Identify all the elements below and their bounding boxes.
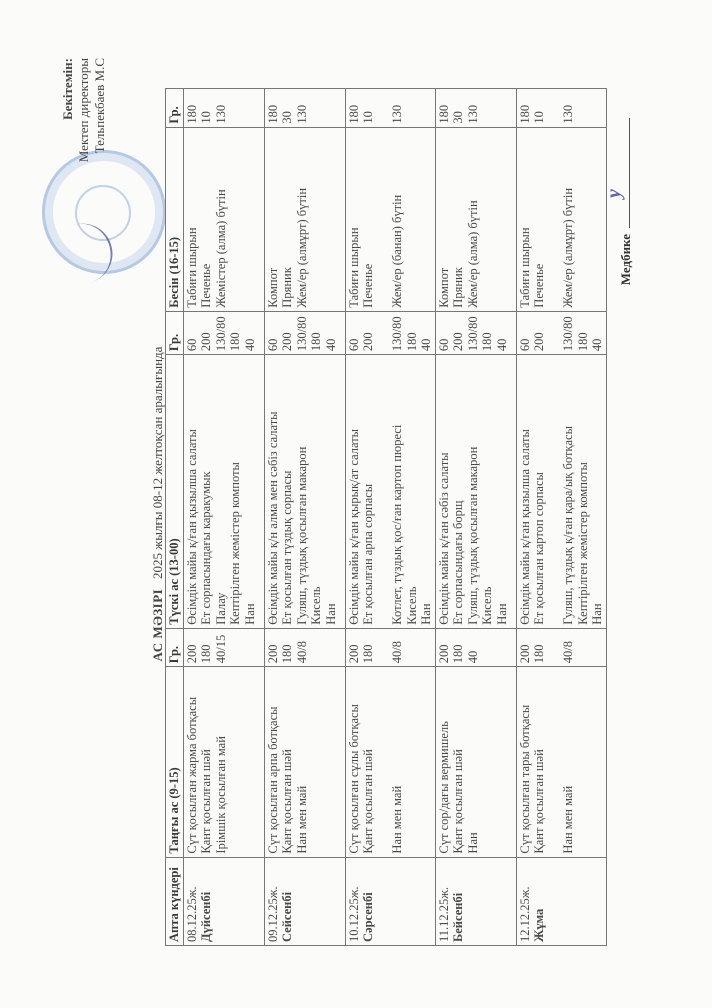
day-date: 08.12.25ж.: [185, 861, 200, 942]
gram-value: 200: [361, 315, 376, 351]
dish-item: Сүт қосылған арпа ботқасы: [266, 670, 281, 853]
gram-value: 60: [347, 315, 362, 351]
gram-value: [547, 315, 562, 351]
nurse-signature-block: Медбике: [615, 118, 634, 285]
dish-item: Печенье: [199, 131, 214, 308]
snack-grams-cell: 18030130: [264, 89, 345, 128]
dish-item: Печенье: [532, 131, 547, 308]
gram-value: 40/8: [561, 632, 576, 663]
day-cell: 09.12.25ж.Сейсенбі: [264, 857, 345, 945]
nurse-label: Медбике: [618, 234, 633, 285]
weekly-menu-table: Апта күндері Таңғы ас (9-15) Гр. Түскі а…: [165, 88, 607, 946]
dish-item: Жем/ер (алмұрт) бүтін: [295, 131, 310, 308]
gram-value: 130: [561, 92, 576, 124]
dish-item: Печенье: [361, 131, 376, 308]
dish-item: Табиғи шырын: [185, 131, 200, 308]
day-date: 11.12.25ж.: [437, 861, 452, 942]
breakfast-items-cell: Сүт қосылған тары ботқасыҚант қосылған ш…: [516, 667, 606, 857]
breakfast-items-cell: Сүт сор/дағы вермишельҚант қосылған шәйН…: [435, 667, 516, 857]
gram-value: 60: [518, 315, 533, 351]
dish-item: [547, 670, 562, 853]
gram-value: 200: [518, 632, 533, 663]
gram-value: 180: [309, 315, 324, 351]
gram-value: 130: [466, 92, 481, 124]
gram-value: 40/15: [214, 632, 229, 663]
dish-item: [547, 131, 562, 308]
gram-value: [376, 315, 391, 351]
breakfast-grams-cell: 20018040/8: [264, 628, 345, 666]
dish-item: Кисель: [309, 358, 324, 625]
dish-item: Гуляш, түздық қосылған макарон: [466, 358, 481, 625]
gram-value: 130/80: [214, 315, 229, 351]
dish-item: Гуляш, түздық қосылған макарон: [295, 358, 310, 625]
header-breakfast: Таңғы ас (9-15): [166, 667, 184, 857]
breakfast-grams-cell: 20018040/8: [516, 628, 606, 666]
gram-value: 180: [480, 315, 495, 351]
dish-item: Нан: [324, 358, 339, 625]
lunch-items-cell: Өсімдік майы қ/ған сәбіз салатыЕт сорпас…: [435, 355, 516, 629]
table-row: 08.12.25ж.ДүйсенбіСүт қосылған жарма бот…: [183, 89, 264, 946]
gram-value: 180: [576, 315, 591, 351]
approval-name: Тельпекбаев М.С: [92, 58, 108, 162]
gram-value: 60: [266, 315, 281, 351]
day-name: Сейсенбі: [280, 861, 295, 942]
dish-item: Табиғи шырын: [347, 131, 362, 308]
gram-value: 10: [532, 92, 547, 124]
dish-item: Қант қосылған шәй: [199, 670, 214, 853]
dish-item: Нан: [590, 358, 605, 625]
dish-item: Нан: [243, 358, 258, 625]
dish-item: Қант қосылған шәй: [361, 670, 376, 853]
header-lunch: Түскі ас (13-00): [166, 355, 184, 629]
approval-block: Бекітемін: Мектеп директоры Тельпекбаев …: [60, 58, 108, 162]
gram-value: [376, 92, 391, 124]
document-title: АС МӘЗІРІ 2025 жылғы 08-12 желтоқсан ара…: [150, 0, 166, 1008]
table-header-row: Апта күндері Таңғы ас (9-15) Гр. Түскі а…: [166, 89, 184, 946]
dish-item: Жем/ер (алма) бүтін: [466, 131, 481, 308]
day-name: Бейсенбі: [451, 861, 466, 942]
gram-value: 200: [451, 315, 466, 351]
gram-value: 200: [437, 632, 452, 663]
dish-item: [547, 358, 562, 625]
dish-item: Өсімдік майы қ/ған қырық/ат салаты: [347, 358, 362, 625]
day-date: 09.12.25ж.: [266, 861, 281, 942]
lunch-items-cell: Өсімдік майы қ/ған қызылша салатыЕт сорп…: [183, 355, 264, 629]
dish-item: Нан: [419, 358, 434, 625]
gram-value: 180: [405, 315, 420, 351]
gram-value: 10: [361, 92, 376, 124]
breakfast-grams-cell: 20018040/8: [345, 628, 435, 666]
dish-item: Өсімдік майы қ/н алма мен сәбіз салаты: [266, 358, 281, 625]
snack-grams-cell: 18010130: [345, 89, 435, 128]
table-row: 12.12.25ж.ЖұмаСүт қосылған тары ботқасыҚ…: [516, 89, 606, 946]
day-cell: 11.12.25ж.Бейсенбі: [435, 857, 516, 945]
header-snack: Бесін (16-15): [166, 127, 184, 311]
dish-item: Сүт қосылған тары ботқасы: [518, 670, 533, 853]
day-cell: 12.12.25ж.Жұма: [516, 857, 606, 945]
gram-value: 10: [199, 92, 214, 124]
gram-value: 180: [228, 315, 243, 351]
lunch-grams-cell: 60200130/8018040: [264, 311, 345, 354]
dish-item: Палау: [214, 358, 229, 625]
dish-item: Өсімдік майы қ/ған қызылша салаты: [185, 358, 200, 625]
gram-value: [376, 632, 391, 663]
dish-item: Өсімдік майы қ/ған қызылша салаты: [518, 358, 533, 625]
gram-value: 200: [280, 315, 295, 351]
dish-item: Кисель: [480, 358, 495, 625]
dish-item: Кисель: [405, 358, 420, 625]
lunch-grams-cell: 60200130/8018040: [516, 311, 606, 354]
dish-item: Компот: [437, 131, 452, 308]
table-row: 11.12.25ж.БейсенбіСүт сор/дағы вермишель…: [435, 89, 516, 946]
gram-value: 130: [214, 92, 229, 124]
breakfast-grams-cell: 20018040/15: [183, 628, 264, 666]
dish-item: Сүт қосылған жарма ботқасы: [185, 670, 200, 853]
lunch-items-cell: Өсімдік майы қ/ған қызылша салатыЕт қосы…: [516, 355, 606, 629]
breakfast-items-cell: Сүт қосылған сұлы ботқасыҚант қосылған ш…: [345, 667, 435, 857]
dish-item: Кептірілген жемістер компоты: [228, 358, 243, 625]
gram-value: 40: [243, 315, 258, 351]
gram-value: 180: [199, 632, 214, 663]
snack-grams-cell: 18010130: [183, 89, 264, 128]
table-row: 09.12.25ж.СейсенбіСүт қосылған арпа ботқ…: [264, 89, 345, 946]
dish-item: Жем/ер (банан) бүтін: [390, 131, 405, 308]
gram-value: 30: [451, 92, 466, 124]
day-name: Сәрсенбі: [361, 861, 376, 942]
gram-value: 130/80: [295, 315, 310, 351]
dish-item: Гуляш, түздық қ/ған қара/ық ботқасы: [561, 358, 576, 625]
gram-value: 60: [437, 315, 452, 351]
approval-position: Мектеп директоры: [76, 58, 92, 162]
lunch-items-cell: Өсімдік майы қ/ған қырық/ат салатыЕт қос…: [345, 355, 435, 629]
dish-item: Табиғи шырын: [518, 131, 533, 308]
dish-item: Жем/ер (алмұрт) бүтін: [561, 131, 576, 308]
dish-item: Нан: [495, 358, 510, 625]
gram-value: 130/80: [466, 315, 481, 351]
dish-item: Ірімшік қосылған май: [214, 670, 229, 853]
dish-item: Қант қосылған шәй: [532, 670, 547, 853]
dish-item: Котлет, түздық қос/ған картоп пюресі: [390, 358, 405, 625]
gram-value: 40/8: [295, 632, 310, 663]
gram-value: 40/8: [390, 632, 405, 663]
day-name: Жұма: [532, 861, 547, 942]
breakfast-items-cell: Сүт қосылған арпа ботқасыҚант қосылған ш…: [264, 667, 345, 857]
gram-value: 40: [466, 632, 481, 663]
header-grams: Гр.: [166, 89, 184, 128]
lunch-items-cell: Өсімдік майы қ/н алма мен сәбіз салатыЕт…: [264, 355, 345, 629]
gram-value: 200: [532, 315, 547, 351]
gram-value: 130/80: [561, 315, 576, 351]
day-date: 12.12.25ж.: [518, 861, 533, 942]
dish-item: Жемістер (алма) бүтін: [214, 131, 229, 308]
lunch-grams-cell: 60200130/8018040: [435, 311, 516, 354]
dish-item: [376, 670, 391, 853]
breakfast-grams-cell: 20018040: [435, 628, 516, 666]
day-cell: 08.12.25ж.Дүйсенбі: [183, 857, 264, 945]
header-grams: Гр.: [166, 628, 184, 666]
dish-item: Пряник: [451, 131, 466, 308]
gram-value: 40: [324, 315, 339, 351]
gram-value: 130/80: [390, 315, 405, 351]
snack-items-cell: Табиғи шырынПеченьеЖемістер (алма) бүтін: [183, 127, 264, 311]
gram-value: 180: [280, 632, 295, 663]
snack-items-cell: Табиғи шырынПеченьеЖем/ер (банан) бүтін: [345, 127, 435, 311]
snack-items-cell: КомпотПряникЖем/ер (алмұрт) бүтін: [264, 127, 345, 311]
approval-label: Бекітемін:: [60, 58, 76, 162]
header-grams: Гр.: [166, 311, 184, 354]
lunch-grams-cell: 60200130/8018040: [183, 311, 264, 354]
gram-value: 180: [185, 92, 200, 124]
dish-item: Ет сорпасындағы каракумык: [199, 358, 214, 625]
header-day: Апта күндері: [166, 857, 184, 945]
dish-item: [376, 358, 391, 625]
lunch-grams-cell: 60200130/8018040: [345, 311, 435, 354]
gram-value: 40: [419, 315, 434, 351]
dish-item: Нан: [466, 670, 481, 853]
dish-item: Нан мен май: [390, 670, 405, 853]
gram-value: 180: [451, 632, 466, 663]
gram-value: 200: [185, 632, 200, 663]
gram-value: 130: [295, 92, 310, 124]
gram-value: 200: [266, 632, 281, 663]
gram-value: [547, 92, 562, 124]
dish-item: Кептірілген жемістер компоты: [576, 358, 591, 625]
dish-item: Нан мен май: [295, 670, 310, 853]
menu-document-page: Бекітемін: Мектеп директоры Тельпекбаев …: [0, 0, 712, 1008]
dish-item: Ет қосылған түздық сорпасы: [280, 358, 295, 625]
dish-item: Қант қосылған шәй: [280, 670, 295, 853]
dish-item: Қант қосылған шәй: [451, 670, 466, 853]
table-row: 10.12.25ж.СәрсенбіСүт қосылған сұлы ботқ…: [345, 89, 435, 946]
dish-item: [376, 131, 391, 308]
gram-value: 200: [347, 632, 362, 663]
gram-value: 200: [199, 315, 214, 351]
gram-value: 130: [390, 92, 405, 124]
dish-item: Ет сорпасындағы борщ: [451, 358, 466, 625]
snack-items-cell: КомпотПряникЖем/ер (алма) бүтін: [435, 127, 516, 311]
gram-value: 180: [361, 632, 376, 663]
snack-grams-cell: 18030130: [435, 89, 516, 128]
dish-item: Өсімдік майы қ/ған сәбіз салаты: [437, 358, 452, 625]
title-main: АС МӘЗІРІ: [150, 589, 165, 662]
dish-item: Компот: [266, 131, 281, 308]
nurse-signature-line: [615, 118, 630, 228]
gram-value: 30: [280, 92, 295, 124]
day-date: 10.12.25ж.: [347, 861, 362, 942]
snack-items-cell: Табиғи шырынПеченьеЖем/ер (алмұрт) бүтін: [516, 127, 606, 311]
dish-item: Ет қосылған арпа сорпасы: [361, 358, 376, 625]
gram-value: 40: [495, 315, 510, 351]
gram-value: 40: [590, 315, 605, 351]
dish-item: Нан мен май: [561, 670, 576, 853]
snack-grams-cell: 18010130: [516, 89, 606, 128]
gram-value: 180: [532, 632, 547, 663]
gram-value: 180: [518, 92, 533, 124]
gram-value: 180: [266, 92, 281, 124]
gram-value: [547, 632, 562, 663]
gram-value: 180: [437, 92, 452, 124]
gram-value: 60: [185, 315, 200, 351]
day-cell: 10.12.25ж.Сәрсенбі: [345, 857, 435, 945]
dish-item: Сүт қосылған сұлы ботқасы: [347, 670, 362, 853]
breakfast-items-cell: Сүт қосылған жарма ботқасыҚант қосылған …: [183, 667, 264, 857]
gram-value: 180: [347, 92, 362, 124]
title-period: 2025 жылғы 08-12 желтоқсан аралығында: [150, 347, 165, 579]
dish-item: Ет қосылған картоп сорпасы: [532, 358, 547, 625]
dish-item: Пряник: [280, 131, 295, 308]
dish-item: Сүт сор/дағы вермишель: [437, 670, 452, 853]
day-name: Дүйсенбі: [199, 861, 214, 942]
